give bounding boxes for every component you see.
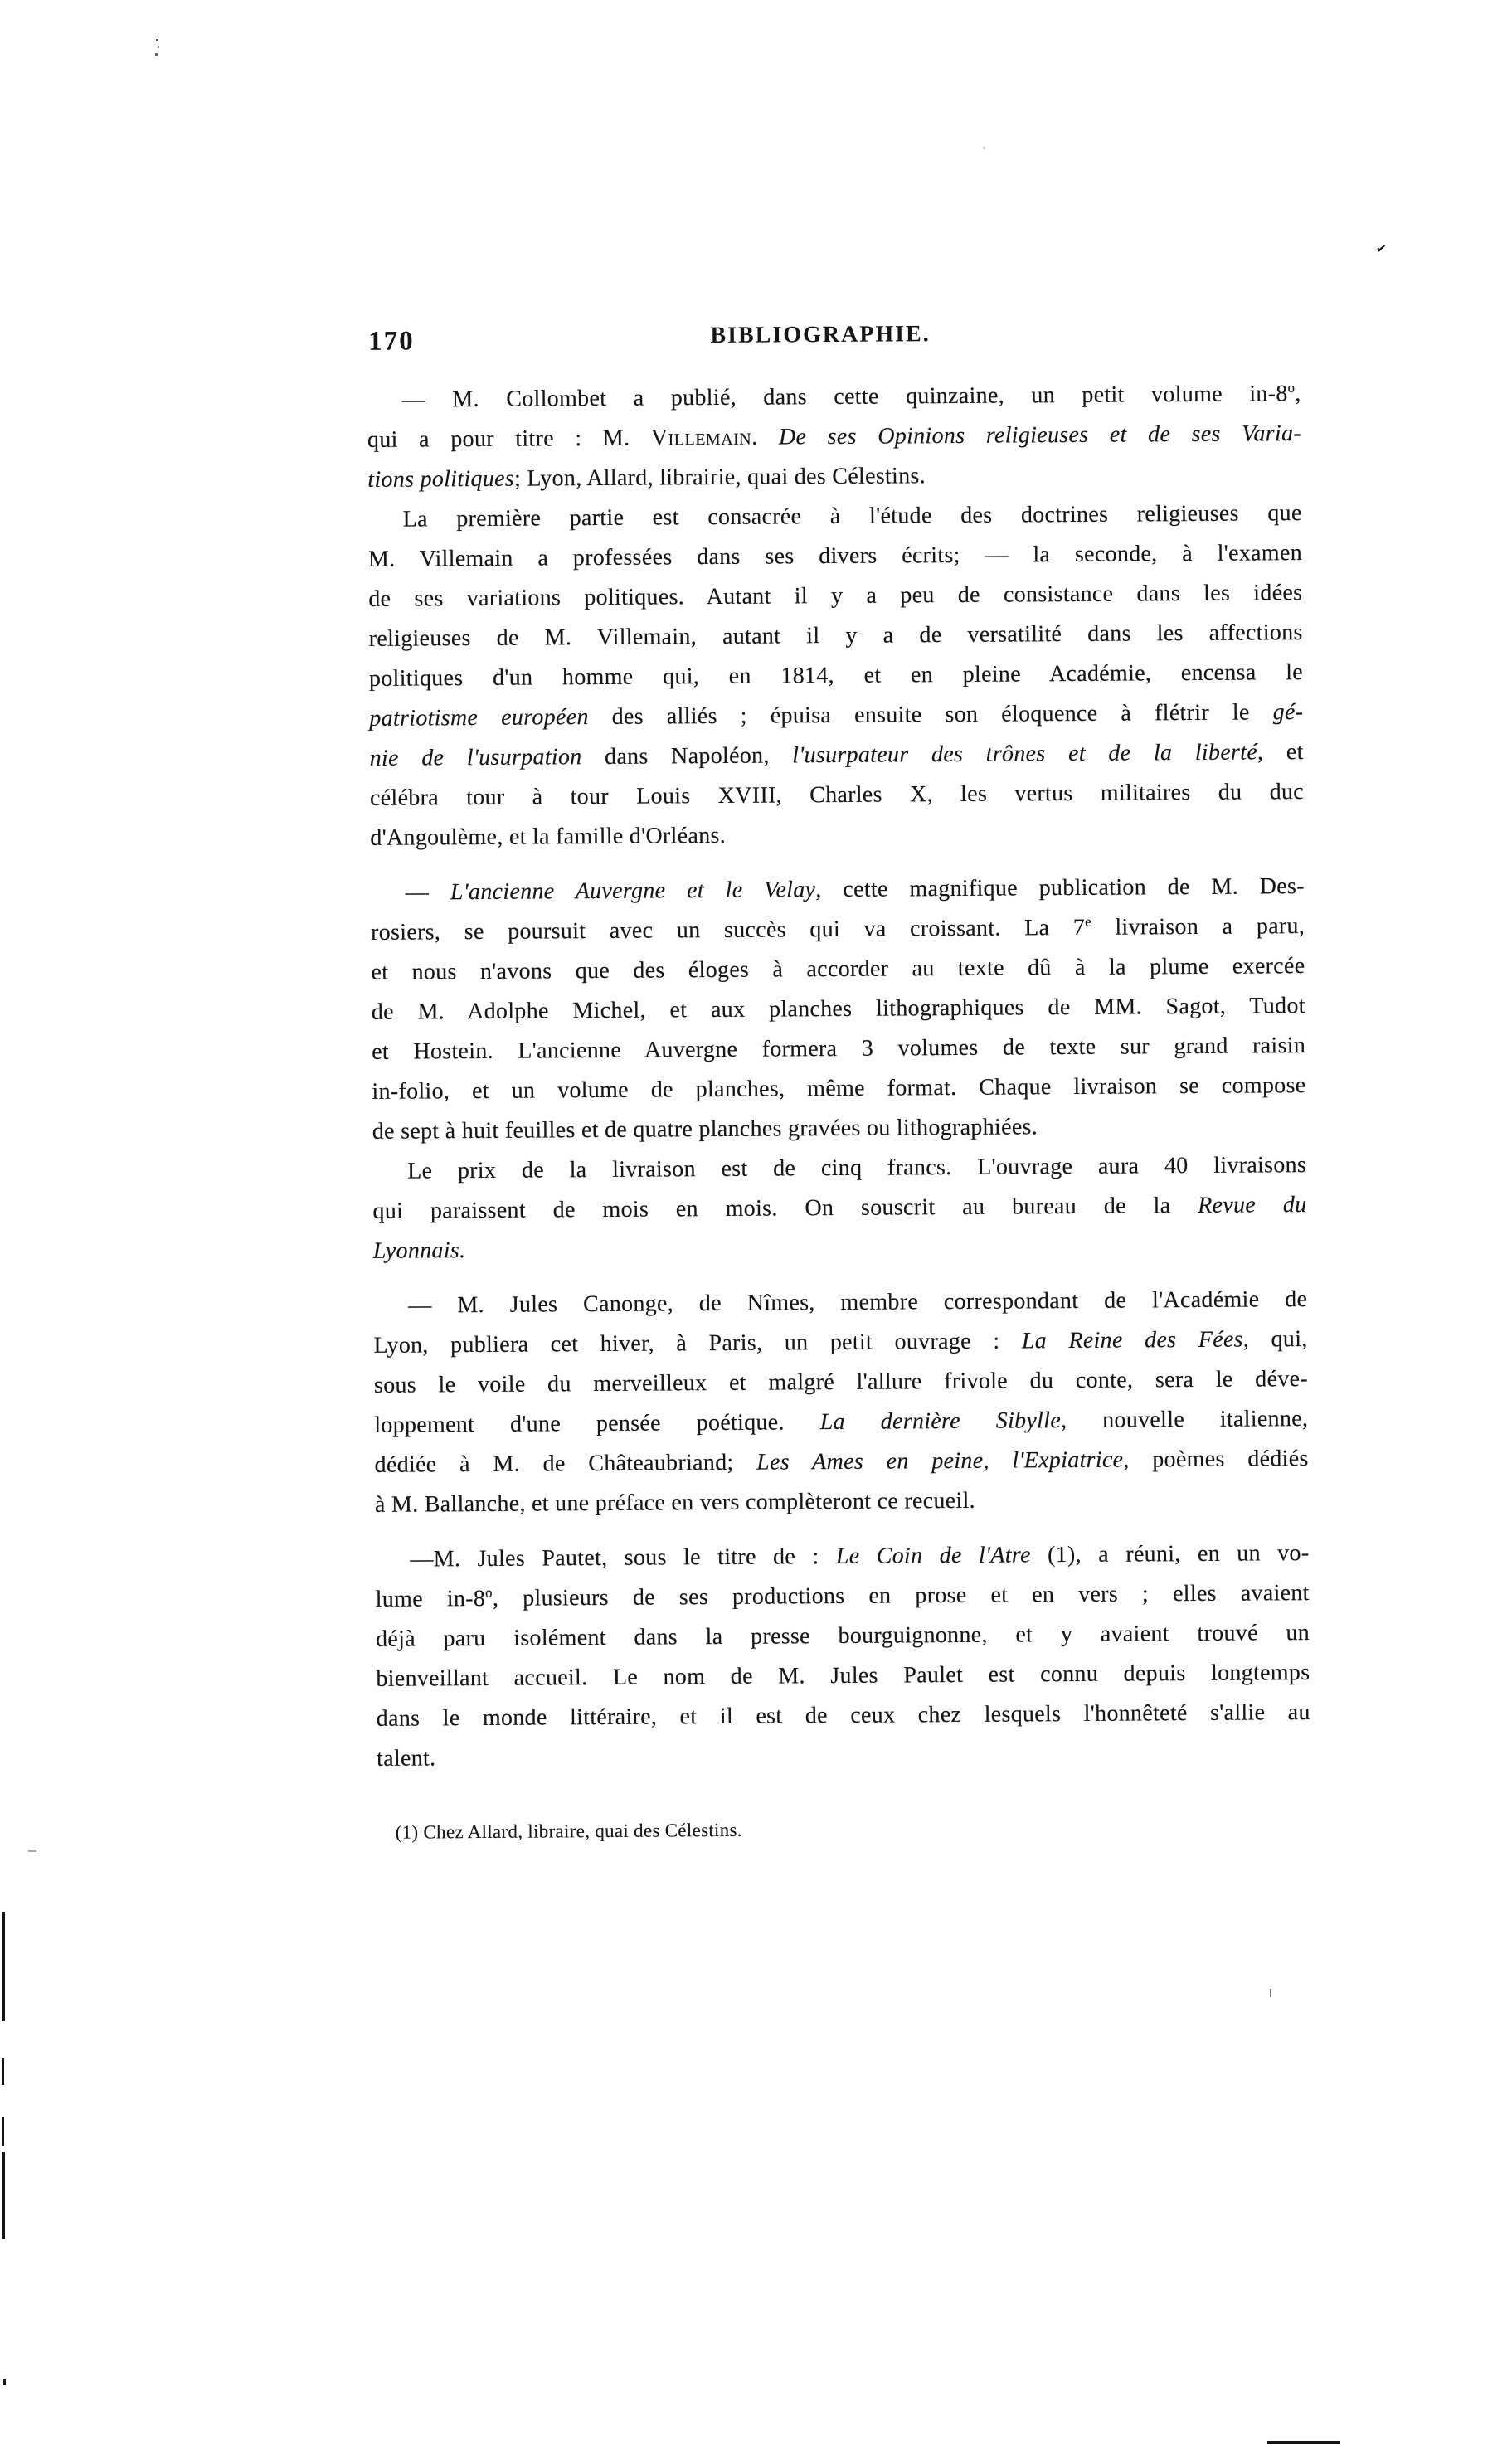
text-line: qui a pour titre : M. Villemain. De ses … [367, 414, 1301, 460]
page-content: 170 BIBLIOGRAPHIE. — M. Collombet a publ… [367, 318, 1311, 1844]
page-header: 170 BIBLIOGRAPHIE. [367, 318, 1301, 358]
scan-artifact-dash [28, 1850, 36, 1852]
text-line: et nous n'avons que des éloges à accorde… [371, 946, 1305, 993]
text-line: tions politiques; Lyon, Allard, librairi… [367, 454, 1301, 500]
text-line: de M. Adolphe Michel, et aux planches li… [372, 986, 1305, 1033]
paragraph: —M. Jules Pautet, sous le titre de : Le … [375, 1534, 1310, 1779]
text-line: Lyon, publiera cet hiver, à Paris, un pe… [373, 1320, 1307, 1366]
paragraph: Le prix de la livraison est de cinq fran… [372, 1145, 1307, 1271]
text-line: dans le monde littéraire, et il est de c… [377, 1693, 1310, 1739]
scanned-page: ✔ 170 BIBLIOGRAPHIE. — M. Collombet a pu… [0, 0, 1512, 2445]
scan-artifact-dot [983, 147, 985, 149]
footnote: (1) Chez Allard, libraire, quai des Céle… [377, 1816, 1311, 1844]
text-line: sous le voile du merveilleux et malgré l… [374, 1359, 1308, 1406]
page-edge-line [2, 2152, 5, 2239]
text-line: —M. Jules Pautet, sous le titre de : Le … [375, 1534, 1309, 1580]
text-line: Lyonnais. [373, 1225, 1307, 1271]
text-line: à M. Ballanche, et une préface en vers c… [375, 1479, 1309, 1525]
text-line: de ses variations politiques. Autant il … [368, 573, 1302, 620]
scan-artifact-dot [156, 39, 158, 41]
paragraph: — M. Jules Canonge, de Nîmes, membre cor… [373, 1280, 1309, 1525]
text-line: La première partie est consacrée à l'étu… [367, 493, 1301, 540]
page-edge-line [2, 1912, 5, 2021]
text-line: et Hostein. L'ancienne Auvergne formera … [372, 1026, 1305, 1072]
text-line: nie de l'usurpation dans Napoléon, l'usu… [369, 732, 1303, 779]
text-line: rosiers, se poursuit avec un succès qui … [371, 907, 1305, 953]
text-line: patriotisme européen des alliés ; épuisa… [369, 693, 1303, 739]
paragraph: — M. Collombet a publié, dans cette quin… [367, 374, 1301, 500]
scan-artifact-dot [155, 53, 158, 56]
text-line: d'Angoulème, et la famille d'Orléans. [370, 812, 1304, 858]
text-line: de sept à huit feuilles et de quatre pla… [372, 1106, 1306, 1152]
text-line: lume in-8o, plusieurs de ses productions… [376, 1573, 1310, 1620]
text-line: loppement d'une pensée poétique. La dern… [374, 1399, 1308, 1446]
text-line: M. Villemain a professées dans ses diver… [368, 533, 1302, 580]
paragraph: — L'ancienne Auvergne et le Velay, cette… [371, 867, 1306, 1152]
text-line: talent. [377, 1733, 1310, 1779]
text-line: Le prix de la livraison est de cinq fran… [372, 1145, 1306, 1192]
text-line: célébra tour à tour Louis XVIII, Charles… [370, 772, 1304, 819]
scan-artifact-dot [158, 46, 159, 48]
text-line: politiques d'un homme qui, en 1814, et e… [369, 653, 1303, 699]
text-line: — L'ancienne Auvergne et le Velay, cette… [371, 867, 1305, 913]
scan-artifact-dot [1270, 1989, 1271, 1997]
text-line: religieuses de M. Villemain, autant il y… [368, 613, 1302, 659]
text-line: — M. Collombet a publié, dans cette quin… [367, 374, 1301, 420]
text-line: bienveillant accueil. Le nom de M. Jules… [376, 1653, 1310, 1699]
page-edge-dot [3, 2379, 6, 2385]
text-line: dédiée à M. de Châteaubriand; Les Ames e… [374, 1439, 1308, 1485]
text-block: — M. Collombet a publié, dans cette quin… [367, 374, 1310, 1779]
text-line: in-folio, et un volume de planches, même… [372, 1066, 1305, 1112]
text-line: qui paraissent de mois en mois. On sousc… [372, 1185, 1306, 1232]
page-number: 170 [368, 327, 415, 357]
check-mark-artifact: ✔ [1375, 241, 1388, 257]
text-line: déjà paru isolément dans la presse bourg… [376, 1613, 1310, 1660]
page-edge-line [2, 2117, 4, 2146]
running-title: BIBLIOGRAPHIE. [710, 321, 930, 349]
scan-artifact-rule [1267, 2441, 1340, 2444]
paragraph: La première partie est consacrée à l'étu… [367, 493, 1304, 858]
text-line: — M. Jules Canonge, de Nîmes, membre cor… [373, 1280, 1307, 1326]
page-edge-line [2, 2058, 4, 2085]
